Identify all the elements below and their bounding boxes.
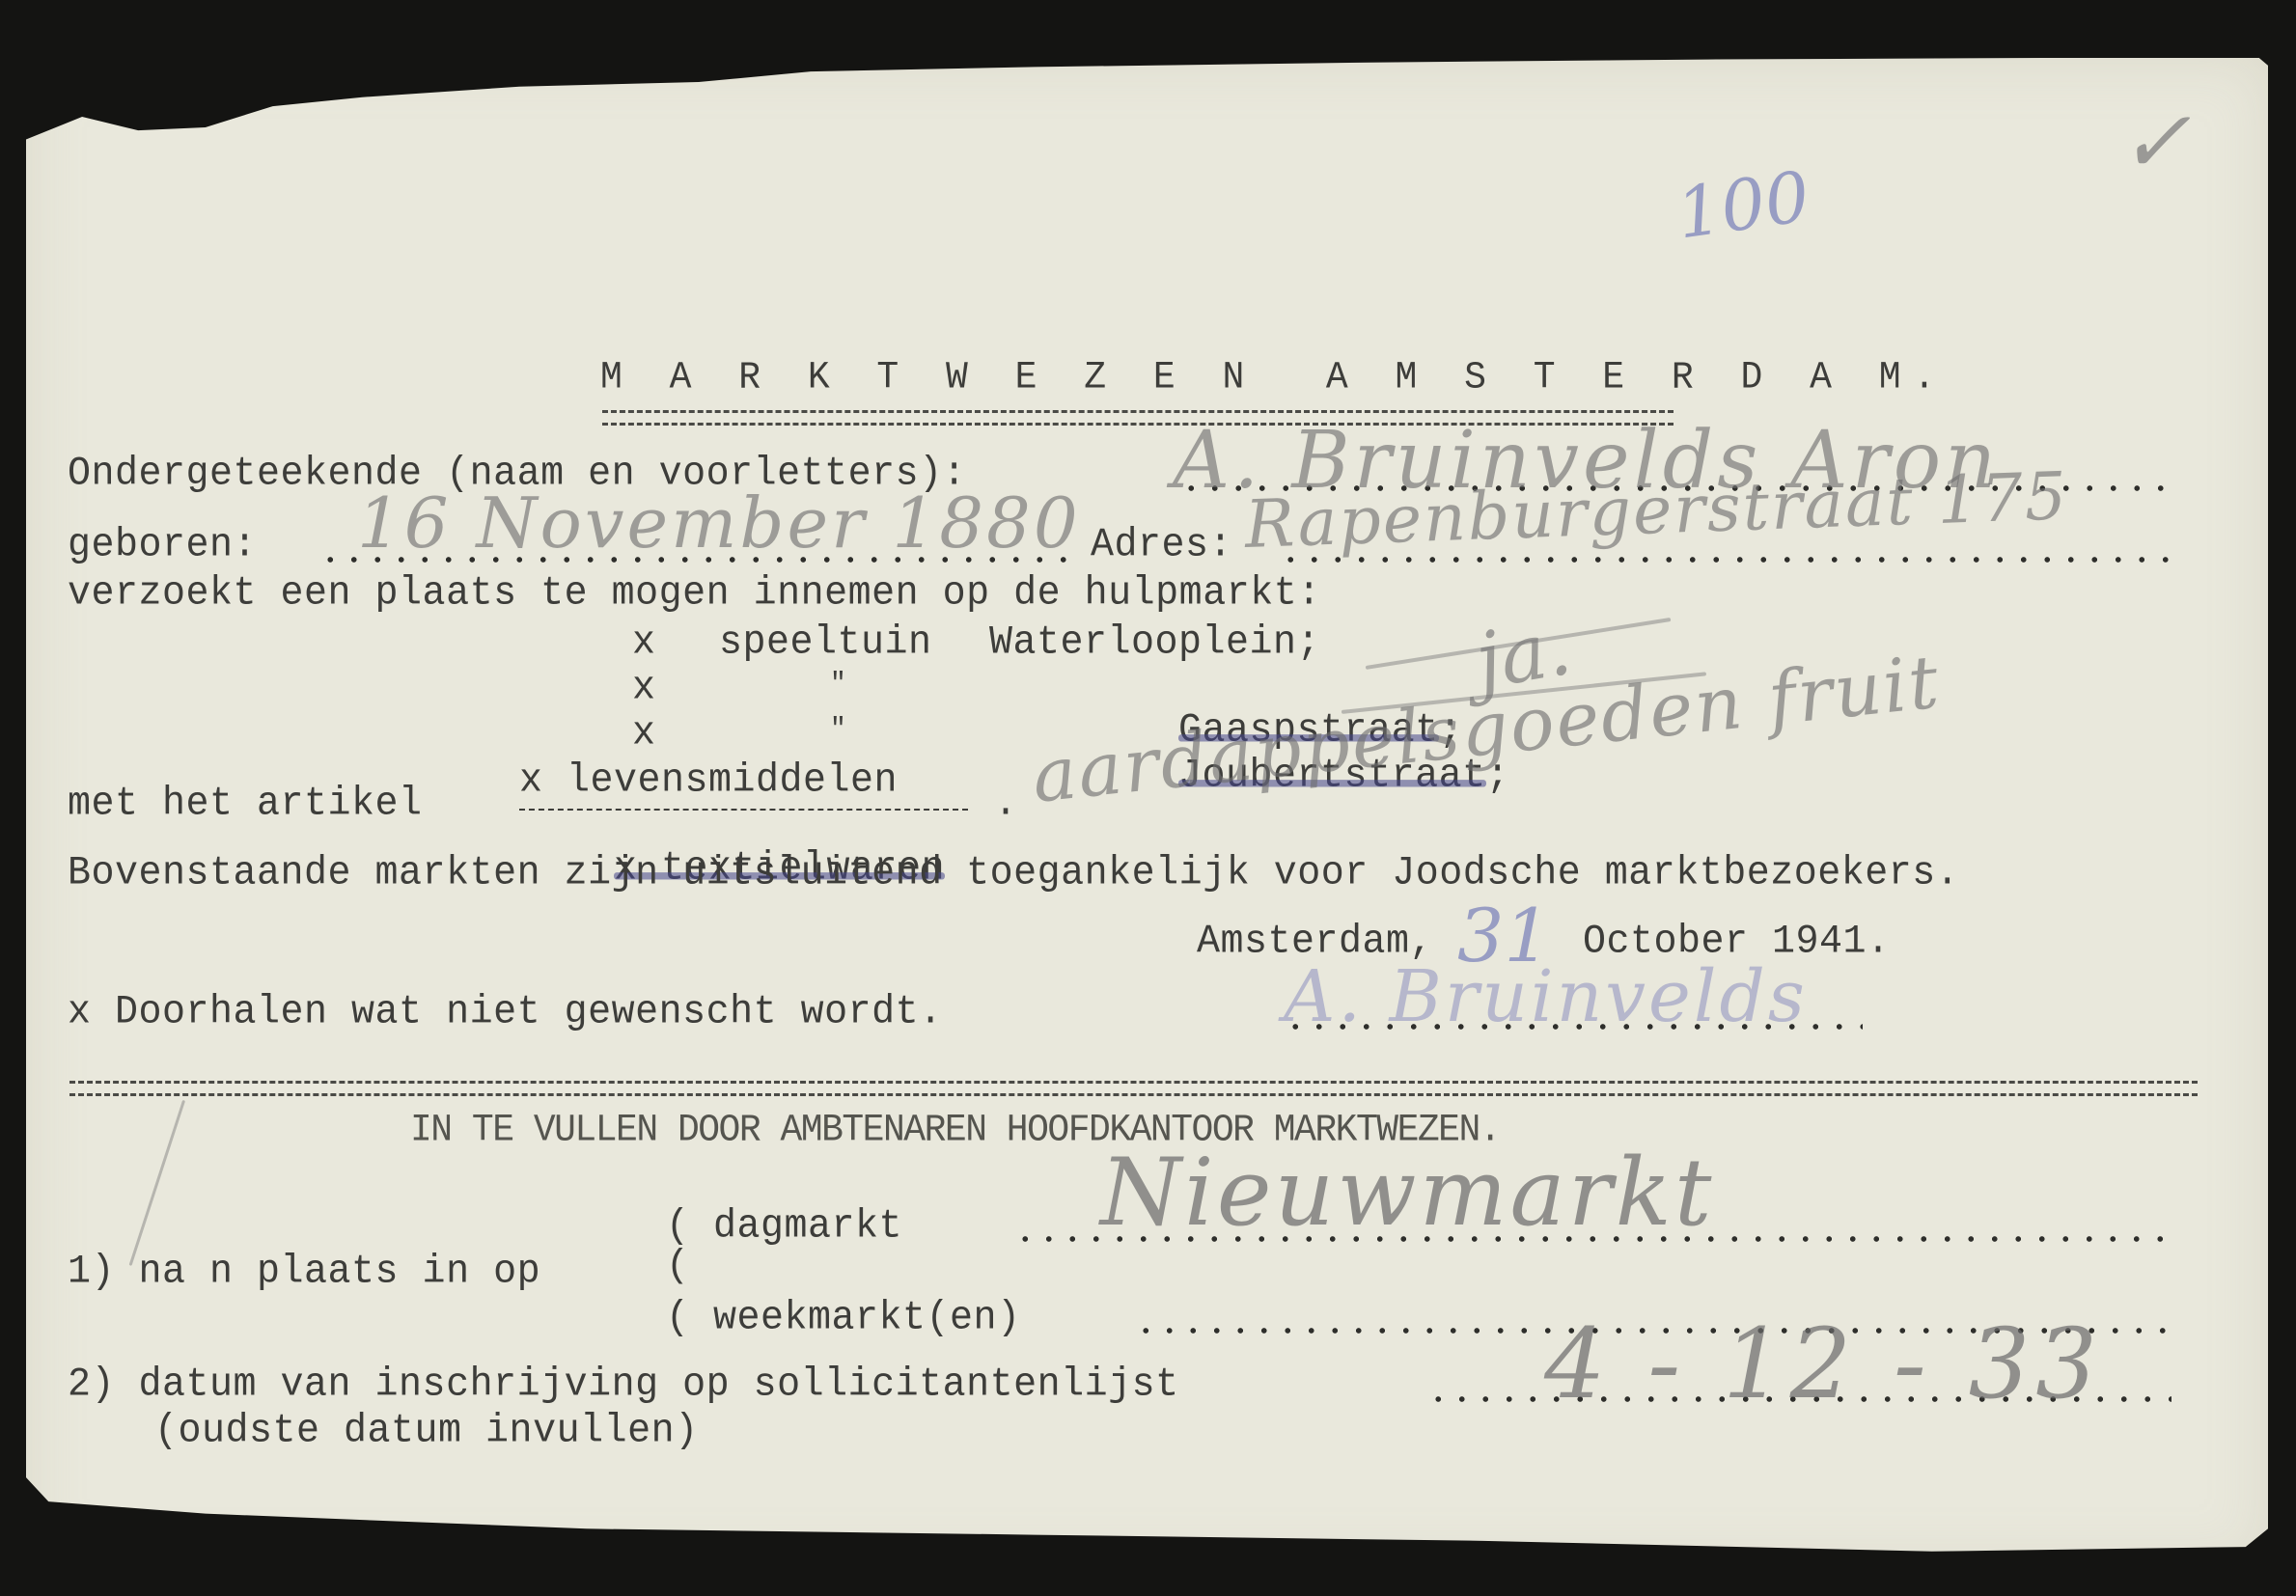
form-title: M A R K T W E Z E N A M S T E R D A M.	[600, 356, 1948, 400]
born-handwritten[interactable]: 16 November 1880	[357, 482, 1081, 564]
market-marker: x	[632, 712, 656, 757]
brace-paren: (	[666, 1245, 689, 1288]
born-label: geboren:	[68, 524, 257, 568]
article-option-food[interactable]: x levensmiddelen	[519, 759, 898, 804]
dagmarkt-label: ( dagmarkt	[666, 1205, 902, 1250]
item-1-label: 1) na n plaats in op	[68, 1251, 540, 1295]
section-double-rule	[69, 1081, 2198, 1096]
scanned-document: 100 ✓ M A R K T W E Z E N A M S T E R D …	[0, 0, 2296, 1596]
signature-handwritten[interactable]: A. Bruinvelds	[1284, 955, 1808, 1038]
item-2-label: 2) datum van inschrijving op sollicitant…	[68, 1363, 1179, 1408]
check-mark-icon: ✓	[2118, 92, 2191, 193]
request-text: verzoekt een plaats te mogen innemen op …	[68, 572, 1321, 617]
weekmarkt-label: ( weekmarkt(en)	[666, 1297, 1021, 1341]
item-2-handwritten[interactable]: 4 - 12 - 33	[1544, 1307, 2103, 1420]
market-marker: x	[632, 621, 656, 666]
dagmarkt-handwritten[interactable]: Nieuwmarkt	[1100, 1139, 1714, 1247]
market-name: Waterlooplein;	[989, 621, 1320, 666]
market-prefix: speeltuin	[719, 621, 932, 666]
footnote-text: x Doorhalen wat niet gewenscht wordt.	[68, 991, 943, 1035]
article-label: met het artikel	[68, 783, 423, 827]
notice-text: Bovenstaande markten zijn uitsluitend to…	[68, 852, 1959, 896]
article-period: .	[994, 783, 1018, 827]
address-label: Adres:	[1091, 524, 1232, 568]
market-marker: x	[632, 667, 656, 711]
market-prefix: "	[830, 663, 846, 707]
item-2-note: (oudste datum invullen)	[154, 1410, 699, 1454]
market-prefix: "	[830, 708, 846, 753]
